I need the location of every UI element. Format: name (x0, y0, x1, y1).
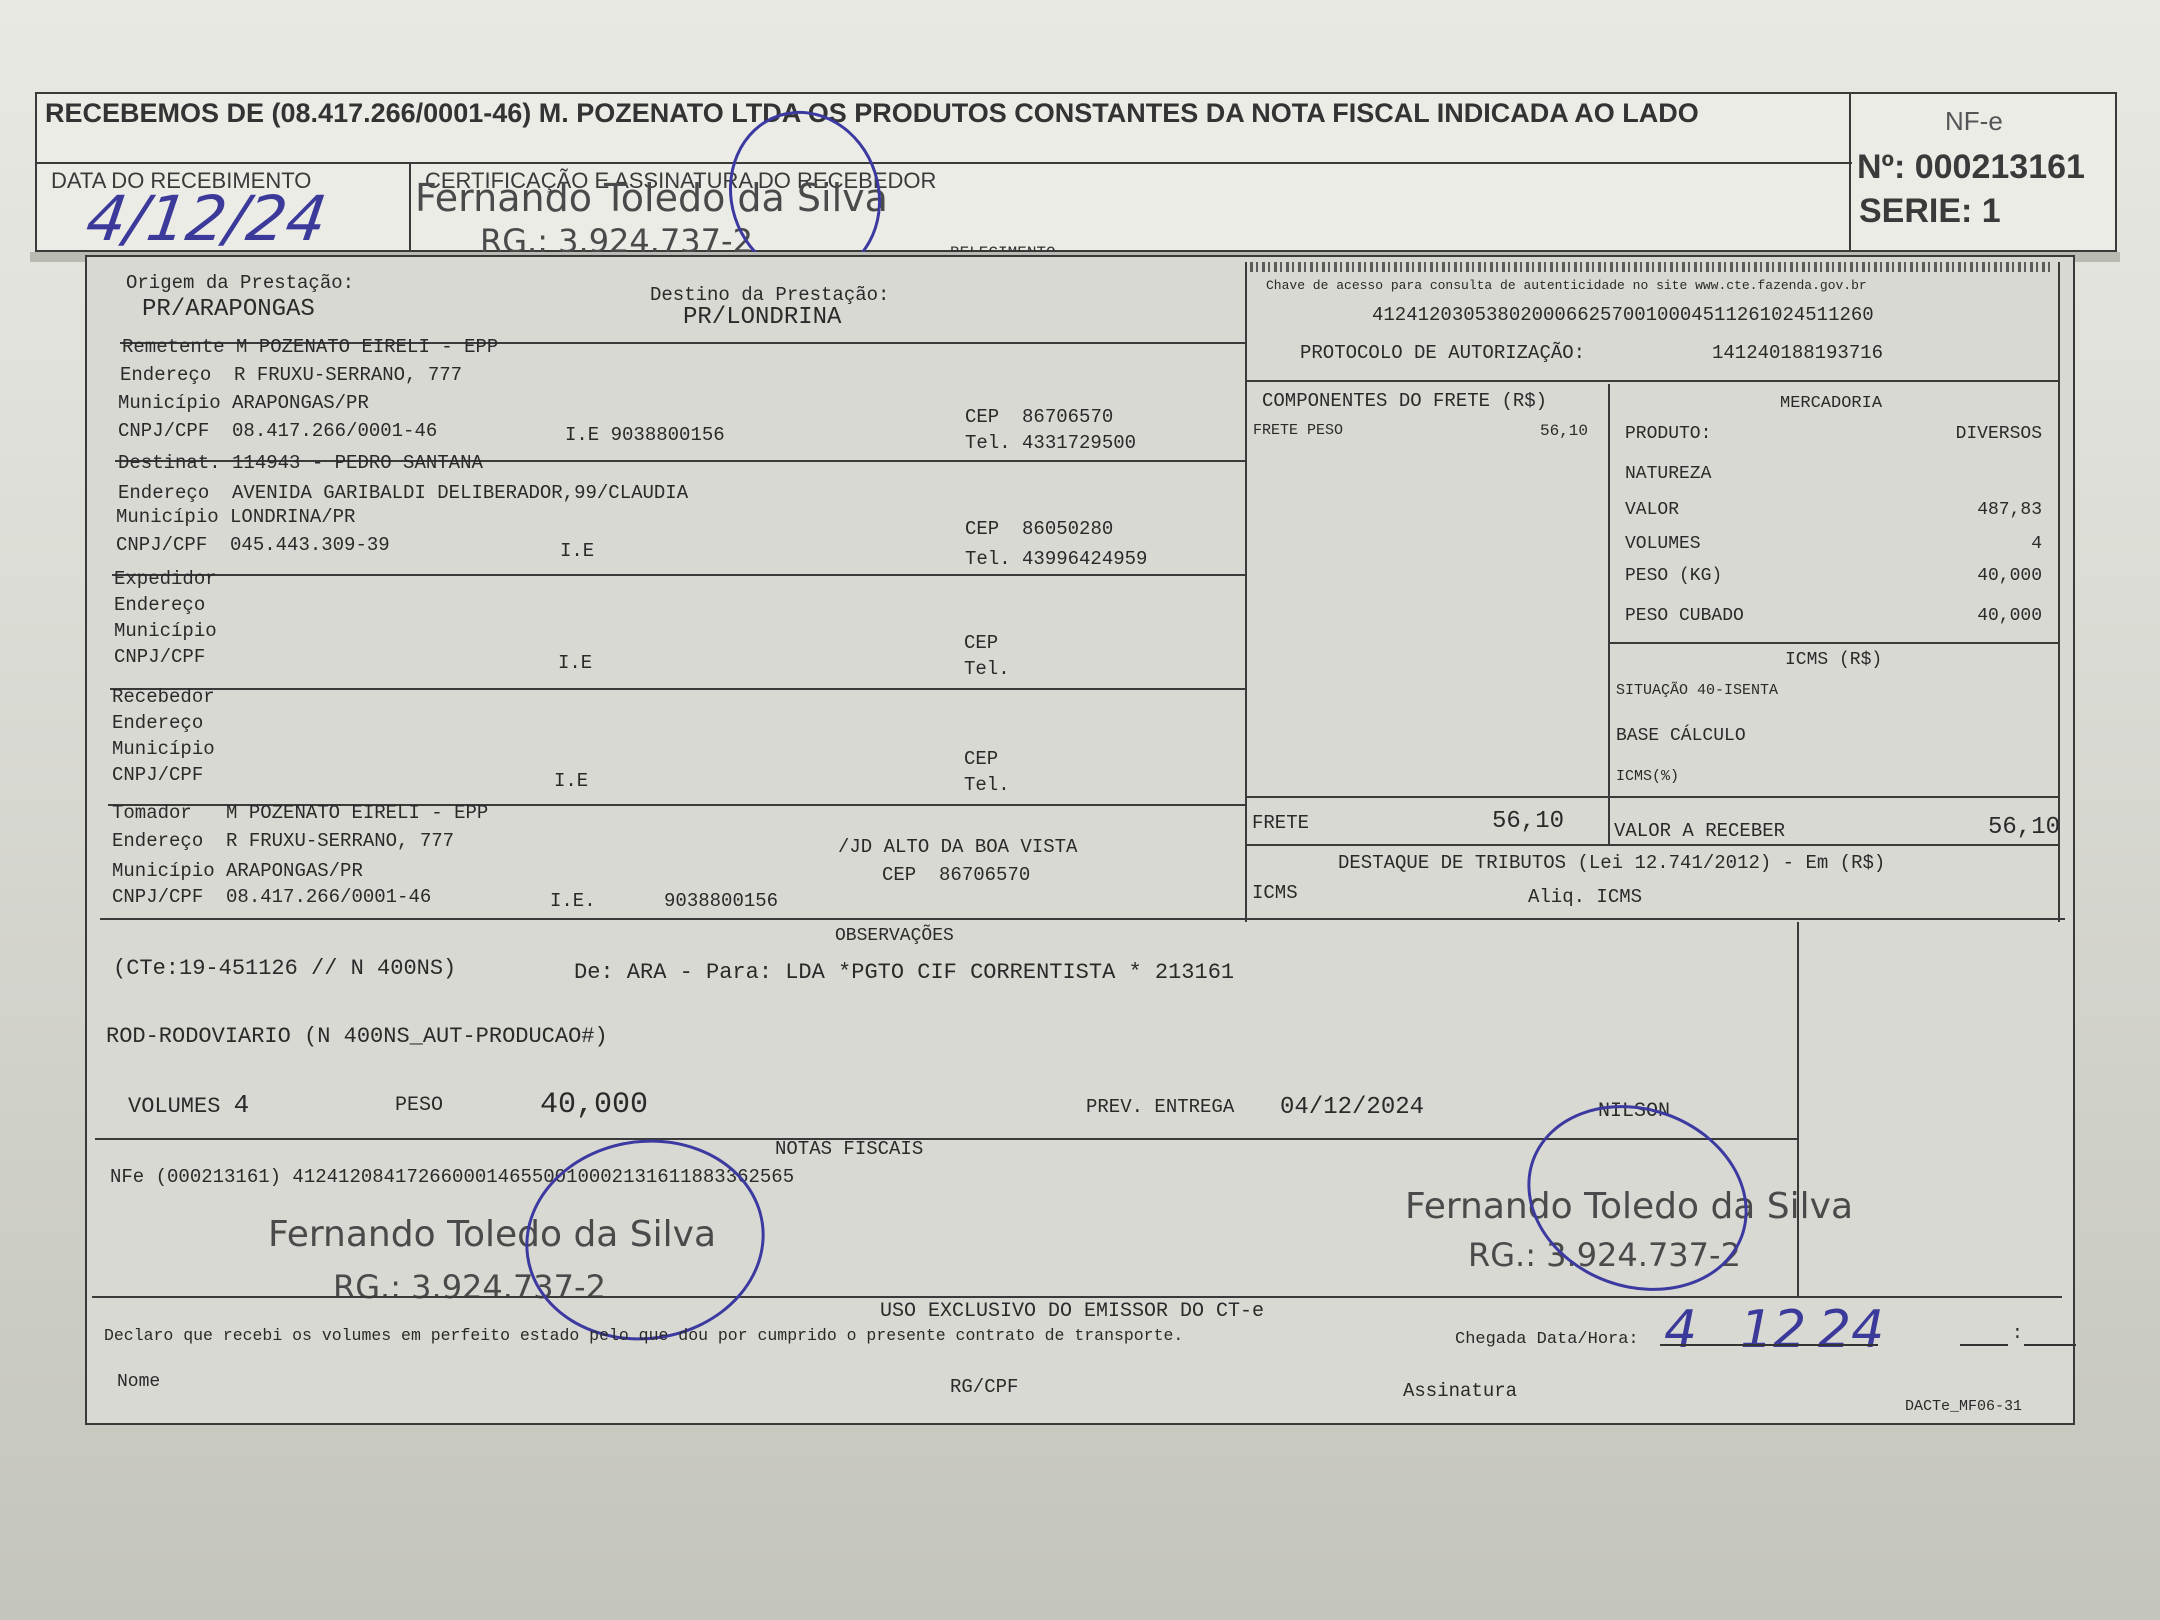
form-code: DACTe_MF06-31 (1905, 1398, 2022, 1415)
origem-value: PR/ARAPONGAS (142, 296, 315, 323)
chave-label: Chave de acesso para consulta de autenti… (1266, 278, 1867, 293)
remetente-cep: CEP 86706570 (965, 406, 1113, 428)
expedidor-tel-label: Tel. (964, 658, 1010, 680)
emissor-title: USO EXCLUSIVO DO EMISSOR DO CT-e (880, 1300, 1264, 1323)
tomador-cep: CEP 86706570 (882, 864, 1030, 886)
mercadoria-row-label: PESO CUBADO (1625, 606, 1744, 626)
obs-line1-b: De: ARA - Para: LDA *PGTO CIF CORRENTIST… (574, 960, 1234, 985)
destinatario-municipio: Município LONDRINA/PR (116, 506, 355, 528)
mercadoria-row-label: PESO (KG) (1625, 566, 1722, 586)
obs-peso-label: PESO (395, 1094, 443, 1117)
mercadoria-row-value: 40,000 (1977, 566, 2042, 586)
expedidor-cep-label: CEP (964, 632, 998, 654)
chegada-mes: 12 (1740, 1300, 1806, 1360)
tomador-endereco: Endereço R FRUXU-SERRANO, 777 (112, 830, 454, 852)
obs-prev-value: 04/12/2024 (1280, 1094, 1424, 1121)
remetente-ie: I.E 9038800156 (565, 424, 725, 446)
valor-receber-value: 56,10 (1988, 814, 2060, 841)
nfe-label: NF-e (1945, 106, 2003, 137)
expedidor-label: Expedidor (114, 568, 217, 590)
destinatario-tel: Tel. 43996424959 (965, 548, 1147, 570)
obs-volumes: VOLUMES 4 (128, 1090, 249, 1120)
data-recebimento-handwritten[interactable]: 4/12/24 (82, 182, 331, 255)
recebedor-label: Recebedor (112, 686, 215, 708)
icms-aliq: ICMS(%) (1616, 768, 1679, 785)
remetente-label: Remetente M POZENATO EIRELI - EPP (122, 336, 498, 358)
remetente-endereco: Endereço R FRUXU-SERRANO, 777 (120, 364, 462, 386)
obs-prev-label: PREV. ENTREGA (1086, 1096, 1234, 1118)
componentes-title: COMPONENTES DO FRETE (R$) (1262, 390, 1547, 412)
expedidor-municipio-label: Município (114, 620, 217, 642)
nfe-serie: SERIE: 1 (1859, 192, 2001, 231)
obs-peso-value: 40,000 (540, 1088, 648, 1122)
icms-title: ICMS (R$) (1785, 650, 1882, 670)
remetente-municipio: Município ARAPONGAS/PR (118, 392, 369, 414)
mercadoria-row-value: 487,83 (1977, 500, 2042, 520)
recebedor-cep-label: CEP (964, 748, 998, 770)
remetente-tel: Tel. 4331729500 (965, 432, 1136, 454)
chegada-label: Chegada Data/Hora: (1455, 1330, 1639, 1349)
recebedor-cnpj-label: CNPJ/CPF (112, 764, 203, 786)
mercadoria-title: MERCADORIA (1780, 394, 1882, 413)
destino-value: PR/LONDRINA (683, 304, 841, 331)
destinatario-ie: I.E (560, 540, 594, 562)
mercadoria-row-label: VOLUMES (1625, 534, 1701, 554)
recebedor-tel-label: Tel. (964, 774, 1010, 796)
obs-line2: ROD-RODOVIARIO (N 400NS_AUT-PRODUCAO#) (106, 1024, 608, 1049)
tributos-icms-label: ICMS (1252, 882, 1298, 904)
assinatura-label: Assinatura (1403, 1380, 1517, 1402)
expedidor-ie-label: I.E (558, 652, 592, 674)
chegada-ano: 24 (1818, 1300, 1884, 1360)
mercadoria-row-label: VALOR (1625, 500, 1679, 520)
frete-label: FRETE (1252, 812, 1309, 834)
obs-line1-a: (CTe:19-451126 // N 400NS) (113, 956, 456, 981)
icms-base: BASE CÁLCULO (1616, 726, 1746, 746)
expedidor-cnpj-label: CNPJ/CPF (114, 646, 205, 668)
receipt-stub: RECEBEMOS DE (08.417.266/0001-46) M. POZ… (35, 92, 2117, 252)
tributos-aliq-label: Aliq. ICMS (1528, 886, 1642, 908)
tomador-label: Tomador M POZENATO EIRELI - EPP (112, 802, 488, 824)
recebedor-ie-label: I.E (554, 770, 588, 792)
mercadoria-row-value: 40,000 (1977, 606, 2042, 626)
recebedor-endereco-label: Endereço (112, 712, 203, 734)
recebedor-municipio-label: Município (112, 738, 215, 760)
nome-label: Nome (117, 1372, 160, 1392)
observacoes-title: OBSERVAÇÕES (835, 926, 954, 946)
destinatario-cnpj: CNPJ/CPF 045.443.309-39 (116, 534, 390, 556)
tomador-cnpj: CNPJ/CPF 08.417.266/0001-46 (112, 886, 431, 908)
expedidor-endereco-label: Endereço (114, 594, 205, 616)
mercadoria-row-label: PRODUTO: (1625, 424, 1711, 444)
protocolo-label: PROTOCOLO DE AUTORIZAÇÃO: (1300, 342, 1585, 364)
frete-value: 56,10 (1492, 808, 1564, 835)
protocolo-value: 141240188193716 (1712, 342, 1883, 364)
chegada-field[interactable]: 4 12 24 : (1660, 1306, 2080, 1346)
chave-value: 4124120305380200066257001000451126102451… (1372, 304, 1874, 326)
mercadoria-row-value: DIVERSOS (1956, 424, 2042, 444)
receipt-header: RECEBEMOS DE (08.417.266/0001-46) M. POZ… (45, 98, 1699, 129)
tomador-ie: I.E. 9038800156 (550, 890, 778, 912)
notas-title: NOTAS FISCAIS (775, 1138, 923, 1160)
barcode (1250, 262, 2050, 272)
origem-label: Origem da Prestação: (126, 272, 354, 294)
mercadoria-row-label: NATUREZA (1625, 464, 1711, 484)
destinatario-endereco: Endereço AVENIDA GARIBALDI DELIBERADOR,9… (118, 482, 688, 504)
valor-receber-label: VALOR A RECEBER (1614, 820, 1785, 842)
rgcpf-label: RG/CPF (950, 1376, 1018, 1398)
icms-situacao: SITUAÇÃO 40-ISENTA (1616, 682, 1778, 699)
destino-label: Destino da Prestação: (650, 284, 889, 306)
destinatario-cep: CEP 86050280 (965, 518, 1113, 540)
destinatario-label: Destinat. 114943 - PEDRO SANTANA (118, 452, 483, 474)
nfe-number: Nº: 000213161 (1857, 148, 2085, 187)
tomador-municipio: Município ARAPONGAS/PR (112, 860, 363, 882)
tributos-title: DESTAQUE DE TRIBUTOS (Lei 12.741/2012) -… (1338, 852, 1885, 874)
componente-frete-peso-value: 56,10 (1540, 422, 1588, 440)
tomador-bairro: /JD ALTO DA BOA VISTA (838, 836, 1077, 858)
componente-frete-peso-label: FRETE PESO (1253, 422, 1343, 439)
hora-sep: : (2012, 1324, 2023, 1344)
remetente-cnpj: CNPJ/CPF 08.417.266/0001-46 (118, 420, 437, 442)
chegada-dia: 4 (1664, 1300, 1697, 1360)
declaro-text: Declaro que recebi os volumes em perfeit… (104, 1326, 1183, 1345)
mercadoria-row-value: 4 (2031, 534, 2042, 554)
